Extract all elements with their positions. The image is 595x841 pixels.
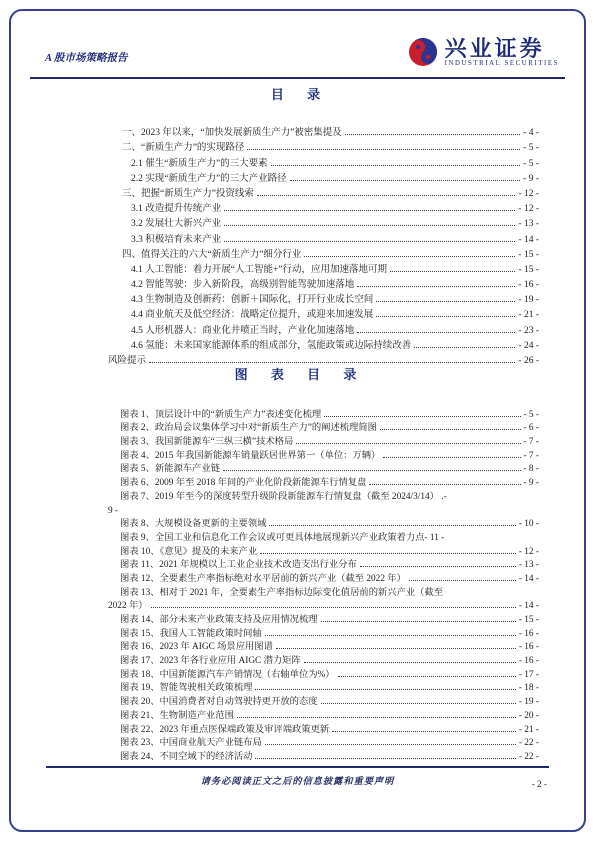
figures-list: 图表 1、顶层设计中的“新质生产力”表述变化梳理- 5 -图表 2、政治局会议集… bbox=[108, 406, 539, 762]
toc-entry-11[interactable]: 4.2 智能驾驶：步入新阶段，高级别智能驾驶加速落地- 16 - bbox=[108, 275, 539, 290]
toc-entry-5[interactable]: 三、把握“新质生产力”投资线索- 12 - bbox=[108, 184, 539, 199]
dot-leader bbox=[357, 332, 515, 333]
dot-leader bbox=[376, 301, 515, 302]
figure-entry-13[interactable]: 图表 13、相对于 2021 年，全要素生产率指标边际变化值居前的新兴产业（截至 bbox=[108, 584, 539, 598]
figure-entry-15-page: - 16 - bbox=[519, 629, 539, 639]
toc-entry-10[interactable]: 4.1 人工智能：着力开展“人工智能+”行动，应用加速落地可期- 15 - bbox=[108, 260, 539, 275]
figure-entry-19-page: - 18 - bbox=[519, 683, 539, 693]
figure-entry-2[interactable]: 图表 2、政治局会议集体学习中对“新质生产力”的阐述梳理简图- 6 - bbox=[108, 420, 539, 434]
dot-leader bbox=[223, 470, 521, 471]
toc-entry-9-page: - 15 - bbox=[518, 250, 539, 260]
toc-entry-10-label: 4.1 人工智能：着力开展“人工智能+”行动，应用加速落地可期 bbox=[131, 261, 387, 275]
figure-entry-4-page: - 7 - bbox=[524, 451, 540, 461]
figure-entry-3[interactable]: 图表 3、我国新能源车“三纵三横”技术格局- 7 - bbox=[108, 433, 539, 447]
toc-entry-15-label: 4.6 氢能：未来国家能源体系的组成部分，氢能政策或边际持续改善 bbox=[131, 337, 411, 351]
toc-entry-2[interactable]: 二、“新质生产力”的实现路径- 5 - bbox=[108, 138, 539, 153]
dot-leader bbox=[290, 180, 520, 181]
toc-entry-5-label: 三、把握“新质生产力”投资线索 bbox=[122, 185, 254, 199]
figure-entry-9-page: - 11 - bbox=[424, 533, 444, 543]
figure-entry-1[interactable]: 图表 1、顶层设计中的“新质生产力”表述变化梳理- 5 - bbox=[108, 406, 539, 420]
dot-leader bbox=[224, 210, 515, 211]
toc-entry-13-label: 4.4 商业航天及低空经济：战略定位提升，或迎来加速发展 bbox=[131, 306, 373, 320]
toc-entry-6-page: - 12 - bbox=[518, 204, 539, 214]
figure-entry-24-page: - 22 - bbox=[519, 752, 539, 762]
dot-leader bbox=[383, 457, 520, 458]
figure-entry-18-label: 图表 18、中国新能源汽车产销情况（右轴单位为%） bbox=[120, 666, 335, 680]
dot-leader bbox=[324, 416, 520, 417]
dot-leader bbox=[338, 676, 516, 677]
dot-leader bbox=[332, 731, 516, 732]
toc-entry-3-page: - 5 - bbox=[523, 159, 539, 169]
figure-entry-8[interactable]: 图表 8、大规模设备更新的主要领域- 10 - bbox=[108, 516, 539, 530]
footer-divider bbox=[46, 766, 549, 768]
header-divider bbox=[30, 77, 565, 79]
dot-leader bbox=[149, 362, 515, 363]
figure-entry-8-label: 图表 8、大规模设备更新的主要领域 bbox=[120, 515, 266, 529]
figure-entry-19[interactable]: 图表 19、智能驾驶相关政策梳理- 18 - bbox=[108, 680, 539, 694]
dot-leader bbox=[409, 580, 516, 581]
figure-entry-2-label: 图表 2、政治局会议集体学习中对“新质生产力”的阐述梳理简图 bbox=[120, 419, 377, 433]
toc-entry-7-page: - 13 - bbox=[518, 219, 539, 229]
figure-entry-16[interactable]: 图表 16、2023 年 AIGC 场景应用图谱- 16 - bbox=[108, 639, 539, 653]
toc-entry-12[interactable]: 4.3 生物制造及创新药：创新＋国际化，打开行业成长空间- 19 - bbox=[108, 290, 539, 305]
toc-entry-1[interactable]: 一、2023 年以来，“加快发展新质生产力”被密集提及- 4 - bbox=[108, 123, 539, 138]
toc-entry-9[interactable]: 四、值得关注的六大“新质生产力”细分行业- 15 - bbox=[108, 245, 539, 260]
dot-leader bbox=[304, 256, 515, 257]
dot-leader bbox=[265, 635, 516, 636]
toc-entry-2-page: - 5 - bbox=[523, 143, 539, 153]
report-toc-page: A 股市场策略报告 兴业证券 INDUSTRIAL SECURITIES 目 录… bbox=[0, 0, 595, 841]
toc-entry-14[interactable]: 4.5 人形机器人：商业化井喷正当时，产业化加速落地- 23 - bbox=[108, 320, 539, 335]
figure-entry-17-page: - 16 - bbox=[519, 656, 539, 666]
figure-entry-18[interactable]: 图表 18、中国新能源汽车产销情况（右轴单位为%）- 17 - bbox=[108, 666, 539, 680]
figure-entry-1-label: 图表 1、顶层设计中的“新质生产力”表述变化梳理 bbox=[120, 406, 321, 420]
brand-text: 兴业证券 INDUSTRIAL SECURITIES bbox=[445, 37, 559, 67]
dot-leader bbox=[260, 553, 516, 554]
figure-entry-1-page: - 5 - bbox=[524, 410, 540, 420]
figure-entry-15[interactable]: 图表 15、我国人工智能政策时间轴- 16 - bbox=[108, 625, 539, 639]
brand-name: 兴业证券 bbox=[445, 37, 545, 61]
dot-leader bbox=[269, 525, 515, 526]
dot-leader bbox=[360, 566, 516, 567]
figure-entry-5-label: 图表 5、新能源车产业链 bbox=[120, 460, 220, 474]
toc-entry-14-label: 4.5 人形机器人：商业化井喷正当时，产业化加速落地 bbox=[131, 322, 354, 336]
figure-entry-6-label: 图表 6、2009 年至 2018 年间的产业化阶段新能源车行情复盘 bbox=[120, 474, 366, 488]
figure-entry-12-label: 图表 12、全要素生产率指标绝对水平居前的新兴产业（截至 2022 年） bbox=[120, 570, 406, 584]
toc-entry-2-label: 二、“新质生产力”的实现路径 bbox=[122, 139, 244, 153]
figure-entry-23-label: 图表 23、中国商业航天产业链布局 bbox=[120, 734, 262, 748]
figure-entry-10[interactable]: 图表 10、《意见》提及的未来产业- 12 - bbox=[108, 543, 539, 557]
toc-title: 目 录 bbox=[0, 84, 595, 103]
brand-logo: 兴业证券 INDUSTRIAL SECURITIES bbox=[407, 36, 559, 68]
figure-entry-12-page: - 14 - bbox=[519, 574, 539, 584]
toc-entry-1-label: 一、2023 年以来，“加快发展新质生产力”被密集提及 bbox=[122, 124, 342, 138]
figure-entry-21[interactable]: 图表 21、生物制造产业范围- 20 - bbox=[108, 707, 539, 721]
figure-entry-3-page: - 7 - bbox=[524, 437, 540, 447]
dot-leader bbox=[321, 703, 516, 704]
dot-leader bbox=[304, 662, 516, 663]
figure-entry-11[interactable]: 图表 11、2021 年规模以上工业企业技术改造支出行业分布- 13 - bbox=[108, 557, 539, 571]
dot-leader bbox=[224, 241, 515, 242]
figure-entry-24[interactable]: 图表 24、不同空域下的经济活动- 22 - bbox=[108, 748, 539, 762]
dot-leader bbox=[390, 271, 515, 272]
toc-entry-14-page: - 23 - bbox=[518, 326, 539, 336]
figure-entry-17[interactable]: 图表 17、2023 年各行业应用 AIGC 潜力矩阵- 16 - bbox=[108, 652, 539, 666]
figure-entry-13-cont-label: 2022 年） bbox=[108, 597, 148, 611]
figure-entry-2-page: - 6 - bbox=[524, 423, 540, 433]
figure-entry-13-cont-page: - 14 - bbox=[519, 601, 539, 611]
toc-entry-7-label: 3.2 发展壮大新兴产业 bbox=[131, 215, 221, 229]
dot-leader bbox=[380, 429, 521, 430]
figure-entry-13-label: 图表 13、相对于 2021 年，全要素生产率指标边际变化值居前的新兴产业（截至 bbox=[120, 584, 443, 598]
figure-entry-23[interactable]: 图表 23、中国商业航天产业链布局- 22 - bbox=[108, 735, 539, 749]
dot-leader bbox=[321, 621, 516, 622]
dot-leader bbox=[271, 165, 520, 166]
dot-leader bbox=[224, 225, 515, 226]
figure-entry-17-label: 图表 17、2023 年各行业应用 AIGC 潜力矩阵 bbox=[120, 652, 301, 666]
dot-leader bbox=[276, 648, 516, 649]
figure-entry-7-cont[interactable]: 9 - bbox=[108, 502, 539, 516]
toc-entry-3-label: 2.1 催生“新质生产力”的三大要素 bbox=[131, 155, 268, 169]
figure-entry-5-page: - 8 - bbox=[524, 464, 540, 474]
figure-entry-12[interactable]: 图表 12、全要素生产率指标绝对水平居前的新兴产业（截至 2022 年）- 14… bbox=[108, 570, 539, 584]
figure-entry-4[interactable]: 图表 4、2015 年我国新能源车销量跃居世界第一（单位：万辆）- 7 - bbox=[108, 447, 539, 461]
dot-leader bbox=[296, 443, 520, 444]
toc-entry-11-page: - 16 - bbox=[518, 280, 539, 290]
figure-entry-10-label: 图表 10、《意见》提及的未来产业 bbox=[120, 543, 257, 557]
dot-leader bbox=[151, 607, 516, 608]
figures-title: 图 表 目 录 bbox=[0, 364, 595, 383]
figure-entry-13-cont[interactable]: 2022 年）- 14 - bbox=[108, 598, 539, 612]
figure-entry-14[interactable]: 图表 14、部分未来产业政策支持及应用情况梳理- 15 - bbox=[108, 611, 539, 625]
dot-leader bbox=[265, 744, 516, 745]
figure-entry-7-label: 图表 7、2019 年至今的深度转型升级阶段新能源车行情复盘（截至 2024/3… bbox=[120, 488, 447, 502]
figure-entry-19-label: 图表 19、智能驾驶相关政策梳理 bbox=[120, 679, 252, 693]
toc-entry-8-label: 3.3 积极培育未来产业 bbox=[131, 231, 221, 245]
toc-entry-5-page: - 12 - bbox=[518, 189, 539, 199]
brand-subtitle: INDUSTRIAL SECURITIES bbox=[445, 60, 559, 67]
figure-entry-16-page: - 16 - bbox=[519, 642, 539, 652]
toc-entry-8-page: - 14 - bbox=[518, 235, 539, 245]
figure-entry-20-page: - 19 - bbox=[519, 697, 539, 707]
toc-entry-11-label: 4.2 智能驾驶：步入新阶段，高级别智能驾驶加速落地 bbox=[131, 276, 354, 290]
figure-entry-5[interactable]: 图表 5、新能源车产业链- 8 - bbox=[108, 461, 539, 475]
toc-entry-4-label: 2.2 实现“新质生产力”的三大产业路径 bbox=[131, 170, 287, 184]
brand-swirl-icon bbox=[407, 36, 439, 68]
toc-entry-15-page: - 24 - bbox=[518, 341, 539, 351]
figure-entry-14-page: - 15 - bbox=[519, 615, 539, 625]
dot-leader bbox=[255, 689, 515, 690]
figure-entry-21-page: - 20 - bbox=[519, 711, 539, 721]
figure-entry-15-label: 图表 15、我国人工智能政策时间轴 bbox=[120, 625, 262, 639]
figure-entry-18-page: - 17 - bbox=[519, 670, 539, 680]
figure-entry-10-page: - 12 - bbox=[519, 547, 539, 557]
toc-list: 一、2023 年以来，“加快发展新质生产力”被密集提及- 4 -二、“新质生产力… bbox=[108, 123, 539, 366]
figure-entry-7[interactable]: 图表 7、2019 年至今的深度转型升级阶段新能源车行情复盘（截至 2024/3… bbox=[108, 488, 539, 502]
footer-disclaimer: 请务必阅读正文之后的信息披露和重要声明 bbox=[46, 773, 549, 787]
toc-entry-6-label: 3.1 改造提升传统产业 bbox=[131, 200, 221, 214]
toc-entry-12-page: - 19 - bbox=[518, 295, 539, 305]
dot-leader bbox=[255, 758, 515, 759]
figure-entry-22-page: - 21 - bbox=[519, 725, 539, 735]
figure-entry-22[interactable]: 图表 22、2023 年重点医保端政策及审评端政策更新- 21 - bbox=[108, 721, 539, 735]
toc-entry-4-page: - 9 - bbox=[523, 174, 539, 184]
report-type-label: A 股市场策略报告 bbox=[45, 50, 128, 65]
toc-entry-10-page: - 15 - bbox=[518, 265, 539, 275]
toc-entry-9-label: 四、值得关注的六大“新质生产力”细分行业 bbox=[122, 246, 301, 260]
figure-entry-8-page: - 10 - bbox=[519, 519, 539, 529]
figure-entry-21-label: 图表 21、生物制造产业范围 bbox=[120, 707, 234, 721]
toc-entry-13-page: - 21 - bbox=[518, 310, 539, 320]
figure-entry-24-label: 图表 24、不同空域下的经济活动 bbox=[120, 748, 252, 762]
dot-leader bbox=[376, 316, 515, 317]
figure-entry-20[interactable]: 图表 20、中国消费者对自动驾驶持更开放的态度- 19 - bbox=[108, 693, 539, 707]
figure-entry-11-page: - 13 - bbox=[519, 560, 539, 570]
dot-leader bbox=[369, 484, 520, 485]
dot-leader bbox=[345, 134, 520, 135]
dot-leader bbox=[414, 347, 515, 348]
dot-leader bbox=[237, 717, 516, 718]
toc-entry-3[interactable]: 2.1 催生“新质生产力”的三大要素- 5 - bbox=[108, 153, 539, 168]
page-number: - 2 - bbox=[532, 779, 547, 789]
toc-entry-4[interactable]: 2.2 实现“新质生产力”的三大产业路径- 9 - bbox=[108, 169, 539, 184]
figure-entry-20-label: 图表 20、中国消费者对自动驾驶持更开放的态度 bbox=[120, 693, 318, 707]
dot-leader bbox=[247, 149, 520, 150]
figure-entry-3-label: 图表 3、我国新能源车“三纵三横”技术格局 bbox=[120, 433, 293, 447]
figure-entry-11-label: 图表 11、2021 年规模以上工业企业技术改造支出行业分布 bbox=[120, 556, 357, 570]
toc-entry-12-label: 4.3 生物制造及创新药：创新＋国际化，打开行业成长空间 bbox=[131, 291, 373, 305]
figure-entry-16-label: 图表 16、2023 年 AIGC 场景应用图谱 bbox=[120, 638, 273, 652]
toc-entry-8[interactable]: 3.3 积极培育未来产业- 14 - bbox=[108, 229, 539, 244]
figure-entry-22-label: 图表 22、2023 年重点医保端政策及审评端政策更新 bbox=[120, 721, 329, 735]
figure-entry-6[interactable]: 图表 6、2009 年至 2018 年间的产业化阶段新能源车行情复盘- 9 - bbox=[108, 474, 539, 488]
figure-entry-6-page: - 9 - bbox=[524, 478, 540, 488]
figure-entry-9[interactable]: 图表 9、全国工业和信息化工作会议或可更具体地展现新兴产业政策着力点- 11 - bbox=[108, 529, 539, 543]
figure-entry-7-cont-label: 9 - bbox=[108, 506, 118, 516]
toc-entry-1-page: - 4 - bbox=[523, 128, 539, 138]
figure-entry-23-page: - 22 - bbox=[519, 738, 539, 748]
figure-entry-9-label: 图表 9、全国工业和信息化工作会议或可更具体地展现新兴产业政策着力点 bbox=[120, 529, 424, 543]
figure-entry-4-label: 图表 4、2015 年我国新能源车销量跃居世界第一（单位：万辆） bbox=[120, 447, 380, 461]
dot-leader bbox=[357, 286, 515, 287]
dot-leader bbox=[257, 195, 515, 196]
toc-entry-6[interactable]: 3.1 改造提升传统产业- 12 - bbox=[108, 199, 539, 214]
toc-entry-13[interactable]: 4.4 商业航天及低空经济：战略定位提升，或迎来加速发展- 21 - bbox=[108, 305, 539, 320]
toc-entry-7[interactable]: 3.2 发展壮大新兴产业- 13 - bbox=[108, 214, 539, 229]
figure-entry-14-label: 图表 14、部分未来产业政策支持及应用情况梳理 bbox=[120, 611, 318, 625]
toc-entry-15[interactable]: 4.6 氢能：未来国家能源体系的组成部分，氢能政策或边际持续改善- 24 - bbox=[108, 336, 539, 351]
